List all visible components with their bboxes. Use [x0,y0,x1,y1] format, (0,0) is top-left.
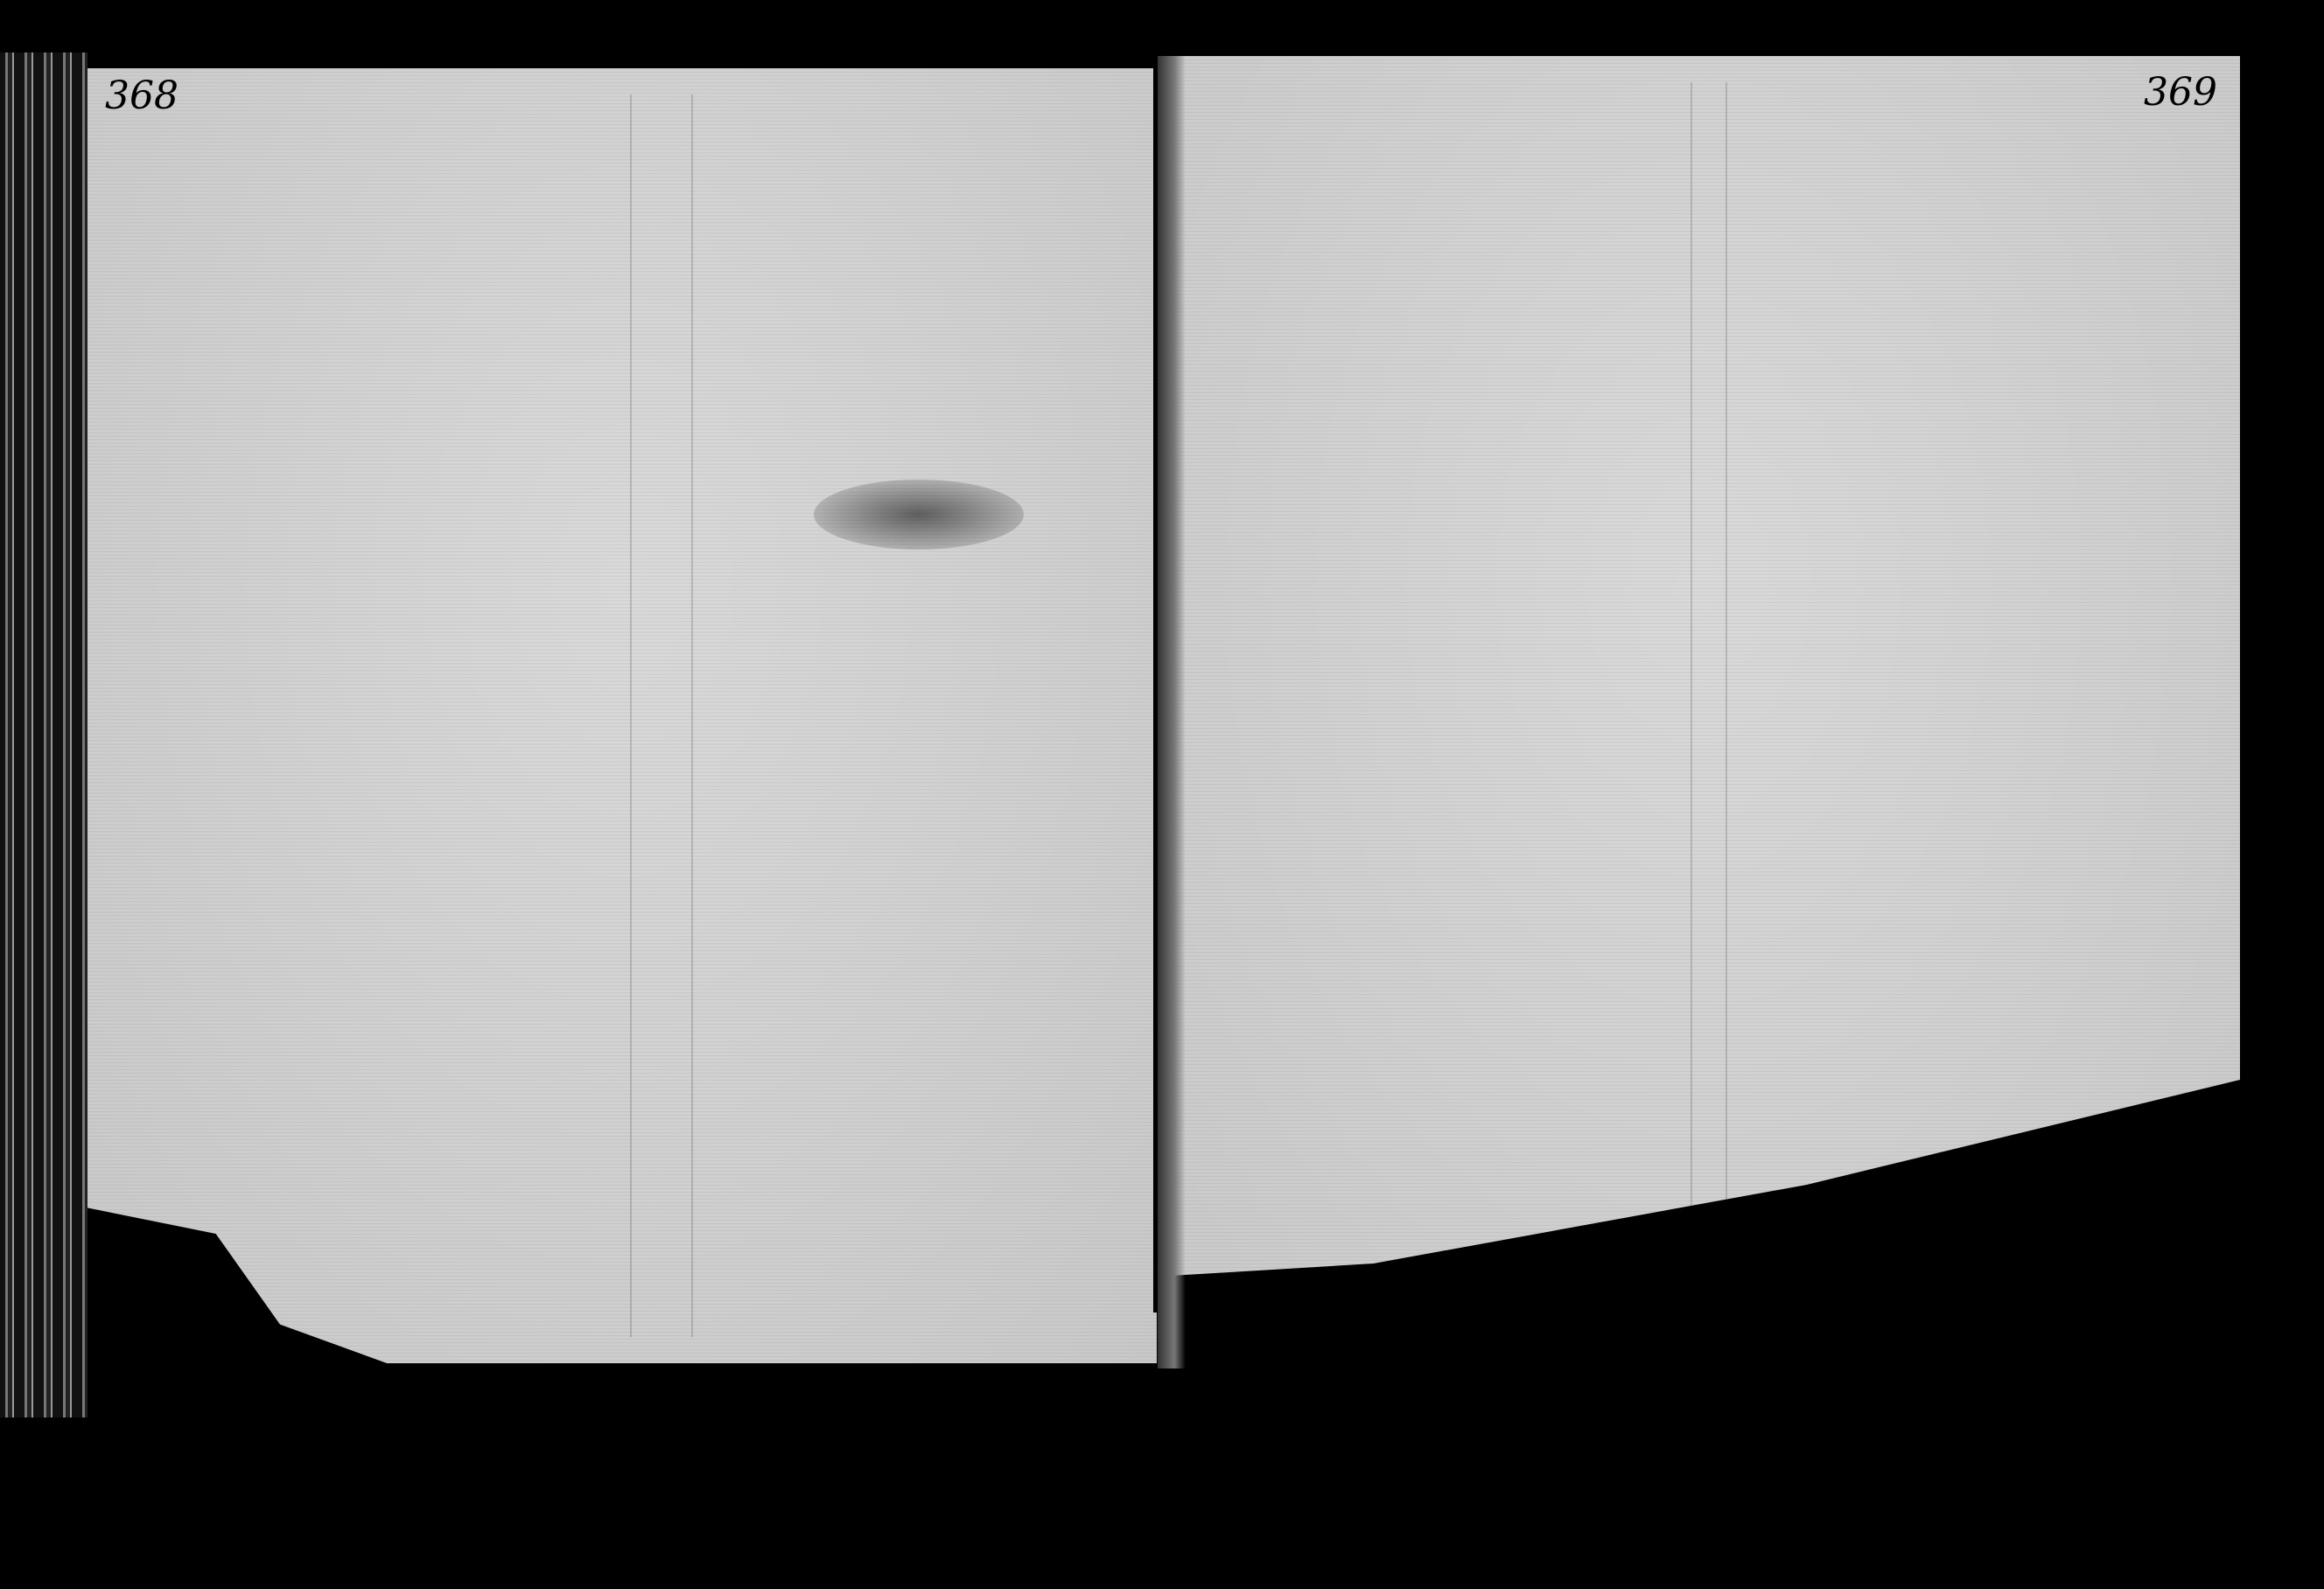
column-rule [1690,82,1692,1325]
ink-smudge [814,479,1024,549]
left-page [87,68,1157,1363]
scanned-ledger: 368 369 [0,0,2324,1589]
column-rule [691,94,693,1337]
column-rule [630,94,632,1337]
page-gutter [1158,56,1186,1368]
right-page [1157,56,2240,1368]
right-page-number: 369 [2144,70,2217,115]
column-rule [1725,82,1727,1325]
left-page-number: 368 [105,73,178,118]
book-binding [0,52,87,1417]
